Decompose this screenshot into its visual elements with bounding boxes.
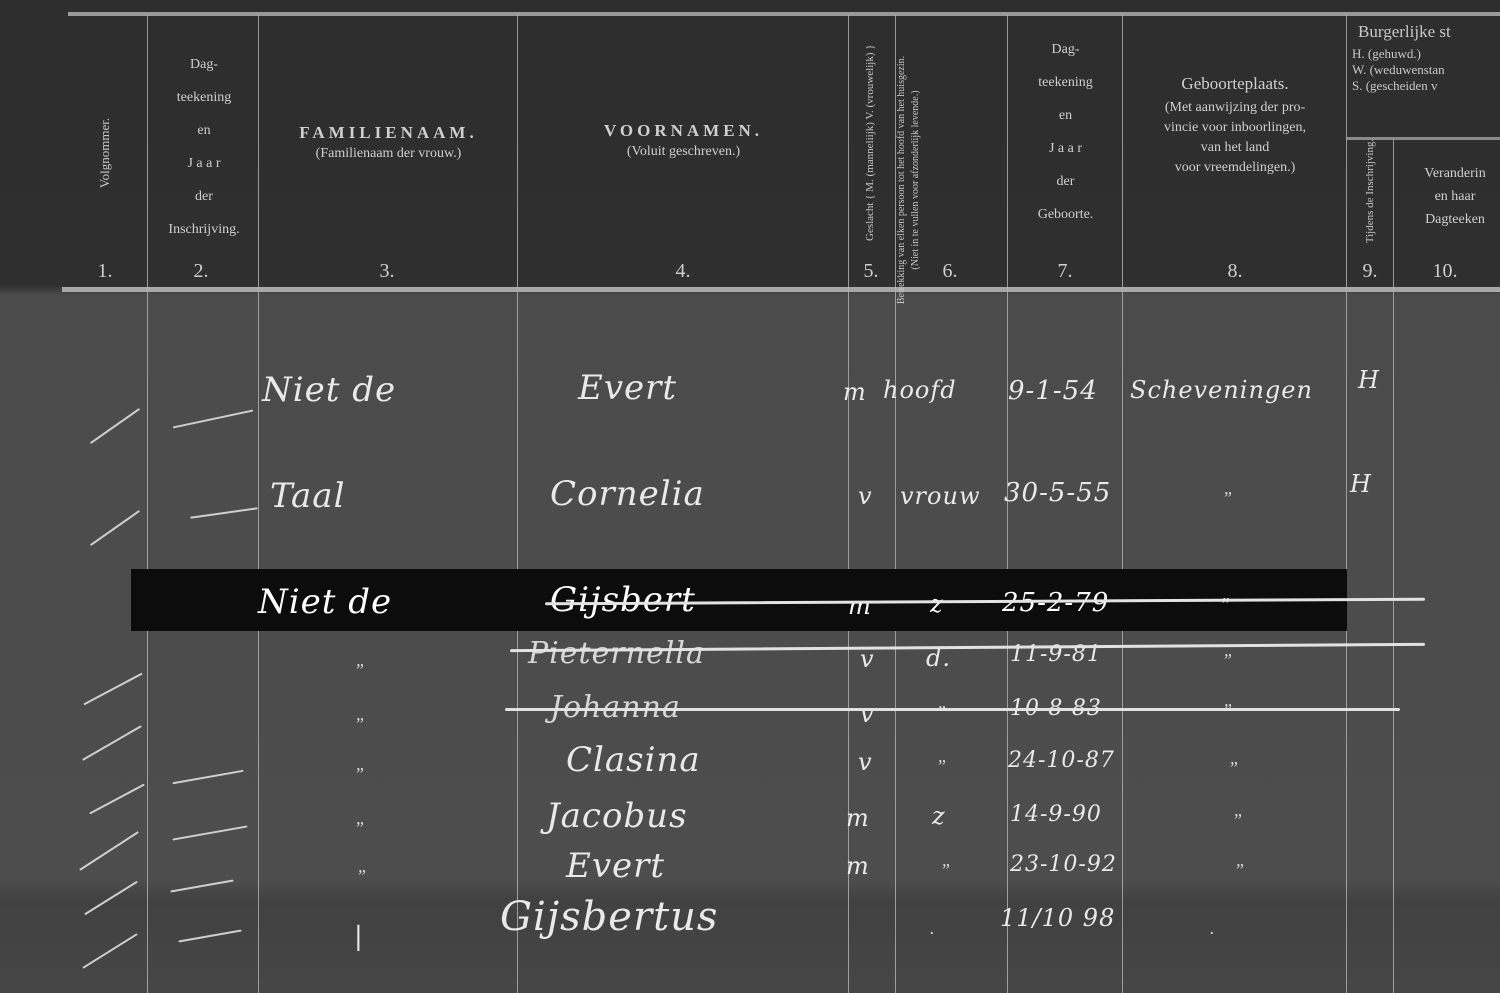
cell-betrekking: z (932, 802, 946, 830)
tick-mark (82, 933, 137, 969)
tick-mark (89, 784, 145, 815)
tick-mark (172, 770, 243, 784)
header-familienaam: FAMILIENAAM. (Familienaam der vrouw.) (260, 122, 517, 164)
col-divider (848, 15, 849, 993)
tick-mark (79, 831, 139, 871)
col-divider (258, 15, 259, 993)
cell-familienaam: Taal (270, 476, 345, 516)
col-number-2: 2. (186, 260, 216, 283)
cell-geslacht: v (860, 700, 875, 728)
cell-betrekking: z (930, 590, 944, 618)
col-divider (1122, 15, 1123, 993)
cell-familienaam: ” (354, 660, 364, 681)
cell-geboorte: 11/10 98 (1000, 904, 1115, 932)
tick-mark (170, 879, 233, 892)
cell-betrekking: ” (936, 756, 946, 777)
tick-mark (90, 408, 140, 444)
cell-staat: H (1358, 366, 1380, 394)
col-number-6: 6. (935, 260, 965, 283)
col-divider (517, 15, 518, 993)
header-volgnommer: Volgnommer. (97, 78, 113, 228)
header-tijdens-inschrijving: Tijdens de Inschrijving. (1364, 131, 1376, 251)
register-page: Volgnommer. Dag- teekening en J a a r de… (0, 0, 1500, 993)
cell-geboorteplaats: . (1210, 918, 1215, 939)
cell-geboorte: 30-5-55 (1004, 478, 1111, 508)
tick-mark (84, 881, 138, 916)
tick-mark (190, 507, 258, 518)
cell-geboorte: 25-2-79 (1002, 588, 1109, 618)
col-divider (1346, 15, 1347, 993)
col-number-7: 7. (1050, 260, 1080, 283)
cell-geboorte: 24-10-87 (1008, 748, 1115, 773)
cell-voornamen: Gijsbertus (500, 894, 718, 940)
cell-geboorteplaats: Scheveningen (1130, 376, 1313, 404)
tick-mark (178, 929, 241, 942)
col-number-1: 1. (90, 260, 120, 283)
header-geslacht: Geslacht { M. (manneliijk) V. (vrouwelij… (864, 51, 876, 241)
top-rule (68, 12, 1500, 16)
cell-familienaam: Niet de (262, 370, 396, 410)
col-number-5: 5. (856, 260, 886, 283)
cell-familienaam: ” (354, 714, 364, 735)
cell-betrekking: . (930, 918, 935, 939)
cell-geboorteplaats: ” (1222, 650, 1232, 671)
tick-mark (90, 510, 140, 546)
cell-voornamen: Clasina (566, 740, 701, 780)
cell-geslacht: v (858, 482, 873, 510)
cell-geboorte: 14-9-90 (1010, 802, 1102, 827)
cell-voornamen: Pieternella (528, 636, 705, 671)
cell-voornamen: Evert (578, 368, 677, 408)
col-number-3: 3. (372, 260, 402, 283)
cell-geboorteplaats: ” (1232, 810, 1242, 831)
cell-geboorteplaats: ” (1234, 860, 1244, 881)
col-number-4: 4. (668, 260, 698, 283)
cell-geboorteplaats: ” (1220, 594, 1230, 615)
cell-voornamen: Jacobus (546, 796, 688, 836)
header-geboorteplaats: Geboorteplaats. (Met aanwijzing der pro-… (1124, 70, 1346, 178)
cell-voornamen: Evert (566, 846, 665, 886)
col-divider (147, 15, 148, 993)
col-number-8: 8. (1220, 260, 1250, 283)
cell-betrekking: ” (940, 860, 950, 881)
cell-geboorte: 23-10-92 (1010, 852, 1117, 877)
col-number-9: 9. (1355, 260, 1385, 283)
cell-staat: H (1350, 470, 1372, 498)
cell-betrekking: hoofd (883, 376, 957, 404)
cell-familienaam: | (354, 922, 364, 952)
cell-geboorte: 9-1-54 (1008, 376, 1098, 406)
col-number-10: 10. (1425, 260, 1465, 283)
cell-betrekking: vrouw (900, 482, 980, 510)
cell-familienaam: ” (354, 818, 364, 839)
header-rule (62, 287, 1500, 292)
tick-mark (172, 825, 247, 840)
cell-familienaam: ” (354, 764, 364, 785)
header-dagteekening-inschrijving: Dag- teekening en J a a r der Inschrijvi… (150, 48, 258, 246)
tick-mark (173, 409, 254, 428)
cell-familienaam: ” (356, 866, 366, 887)
cell-geslacht: m (848, 592, 872, 620)
cell-geslacht: v (858, 748, 873, 776)
col-divider (1393, 140, 1394, 993)
header-veranderingen: Veranderin en haar Dagteeken (1400, 162, 1500, 231)
cell-betrekking: ” (936, 702, 946, 723)
tick-mark (82, 725, 142, 761)
cell-voornamen: Cornelia (550, 474, 705, 514)
cell-geboorteplaats: ” (1228, 758, 1238, 779)
header-burgerlijke-staat: Burgerlijke st H. (gehuwd.) W. (weduwens… (1352, 18, 1500, 94)
tick-mark (83, 673, 142, 706)
cell-geslacht: m (843, 378, 867, 406)
cell-geslacht: m (846, 852, 870, 880)
header-dagteekening-geboorte: Dag- teekening en J a a r der Geboorte. (1009, 33, 1122, 231)
cell-familienaam: Niet de (258, 582, 392, 622)
strikethrough-line (505, 708, 1400, 711)
header-voornamen: VOORNAMEN. (Voluit geschreven.) (519, 120, 848, 162)
cell-geslacht: m (846, 804, 870, 832)
cell-voornamen: Gijsbert (550, 580, 696, 620)
cell-geboorteplaats: ” (1222, 488, 1232, 509)
